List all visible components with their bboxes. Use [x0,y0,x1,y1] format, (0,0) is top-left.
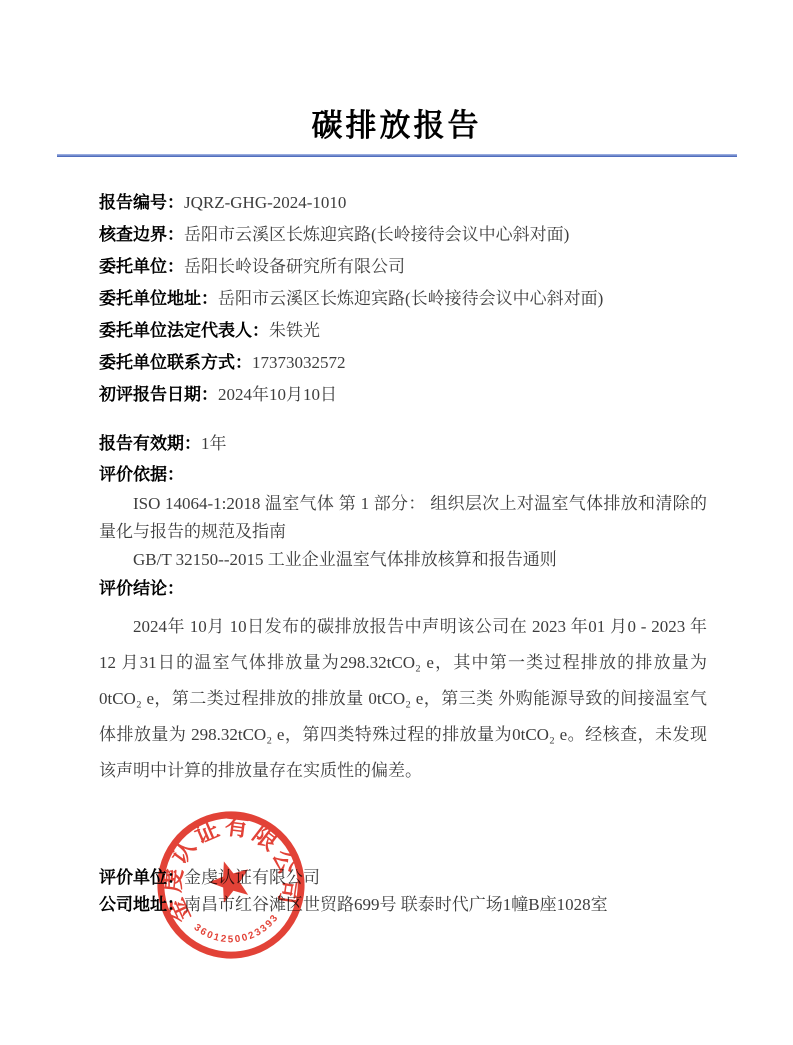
field-report-validity: 报告有效期：1年 [99,428,707,460]
title-divider [57,154,737,157]
field-client-contact: 委托单位联系方式：17373032572 [99,347,707,379]
section-label-evaluation-basis: 评价依据： [99,460,707,490]
field-label: 委托单位地址： [99,289,218,308]
document-body: 报告编号：JQRZ-GHG-2024-1010 核查边界：岳阳市云溪区长炼迎宾路… [99,187,707,918]
field-value: 17373032572 [252,353,346,372]
field-initial-report-date: 初评报告日期：2024年10月10日 [99,379,707,411]
field-label: 初评报告日期： [99,385,218,404]
field-client-address: 委托单位地址：岳阳市云溪区长炼迎宾路(长岭接待会议中心斜对面) [99,283,707,315]
field-client-legal-representative: 委托单位法定代表人：朱铁光 [99,315,707,347]
field-value: 岳阳市云溪区长炼迎宾路(长岭接待会议中心斜对面) [184,225,569,244]
basis-item-iso: ISO 14064-1:2018 温室气体 第 1 部分： 组织层次上对温室气体… [99,490,707,546]
basis-item-gbt: GB/T 32150--2015 工业企业温室气体排放核算和报告通则 [99,546,707,574]
field-label: 委托单位联系方式： [99,353,252,372]
field-label: 核查边界： [99,225,184,244]
document-footer: 评价单位：金虔认证有限公司 公司地址：南昌市红谷滩区世贸路699号 联泰时代广场… [99,864,707,918]
field-value: 金虔认证有限公司 [184,868,320,887]
conclusion-paragraph: 2024年 10月 10日发布的碳排放报告中声明该公司在 2023 年01 月0… [99,609,707,789]
document-page: 碳排放报告 报告编号：JQRZ-GHG-2024-1010 核查边界：岳阳市云溪… [0,0,793,1045]
field-label: 委托单位： [99,257,184,276]
section-label-text: 评价结论： [99,579,184,598]
field-report-number: 报告编号：JQRZ-GHG-2024-1010 [99,187,707,219]
field-value: 2024年10月10日 [218,385,337,404]
field-company-address: 公司地址：南昌市红谷滩区世贸路699号 联泰时代广场1幢B座1028室 [99,891,707,918]
field-label: 公司地址： [99,895,184,914]
field-client-name: 委托单位：岳阳长岭设备研究所有限公司 [99,251,707,283]
field-value: 朱铁光 [269,321,320,340]
field-label: 报告编号： [99,193,184,212]
field-label: 报告有效期： [99,434,201,453]
section-label-text: 评价依据： [99,465,184,484]
field-label: 评价单位： [99,868,184,887]
field-value: 岳阳市云溪区长炼迎宾路(长岭接待会议中心斜对面) [218,289,603,308]
field-value: 岳阳长岭设备研究所有限公司 [184,257,405,276]
field-label: 委托单位法定代表人： [99,321,269,340]
field-evaluator-name: 评价单位：金虔认证有限公司 [99,864,707,891]
section-label-evaluation-conclusion: 评价结论： [99,574,707,604]
field-value: JQRZ-GHG-2024-1010 [184,193,346,212]
field-value: 南昌市红谷滩区世贸路699号 联泰时代广场1幢B座1028室 [184,895,608,914]
field-verification-boundary: 核查边界：岳阳市云溪区长炼迎宾路(长岭接待会议中心斜对面) [99,219,707,251]
page-title: 碳排放报告 [0,100,793,145]
field-value: 1年 [201,434,227,453]
